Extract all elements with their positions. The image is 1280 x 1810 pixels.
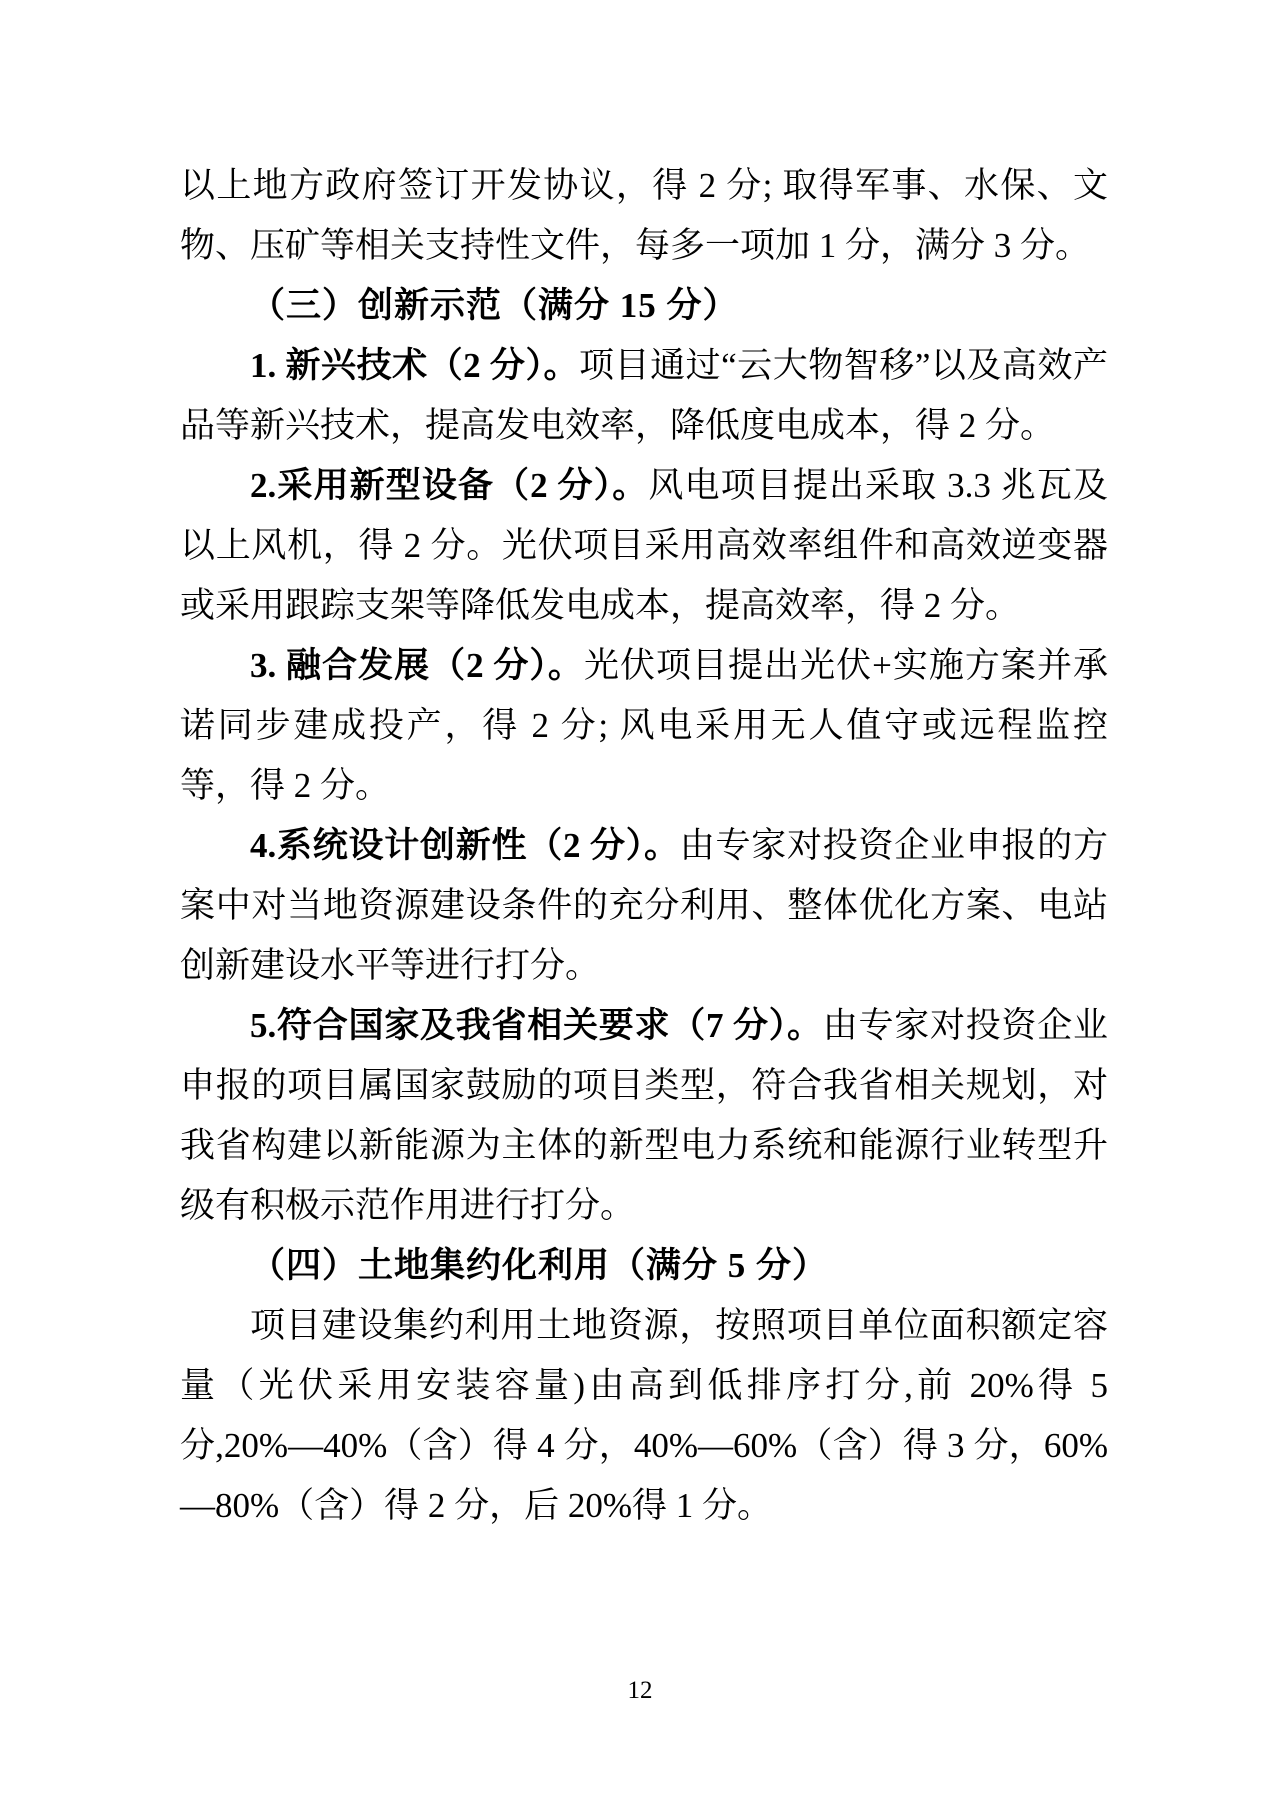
- paragraph-continuation: 以上地方政府签订开发协议，得 2 分; 取得军事、水保、文物、压矿等相关支持性文…: [180, 156, 1108, 276]
- page-number: 12: [0, 1676, 1280, 1706]
- page-content: 以上地方政府签订开发协议，得 2 分; 取得军事、水保、文物、压矿等相关支持性文…: [180, 156, 1108, 1536]
- item-lead-label: 3. 融合发展（2 分）。: [250, 646, 584, 685]
- paragraph-text: 项目建设集约利用土地资源，按照项目单位面积额定容量（光伏采用安装容量)由高到低排…: [180, 1306, 1108, 1525]
- section-heading-text: （三）创新示范（满分 15 分）: [250, 286, 739, 325]
- item-lead-label: 5.符合国家及我省相关要求（7 分）。: [250, 1006, 823, 1045]
- paragraph-item-1-new-tech: 1. 新兴技术（2 分）。项目通过“云大物智移”以及高效产品等新兴技术，提高发电…: [180, 336, 1108, 456]
- paragraph-item-2-new-equipment: 2.采用新型设备（2 分）。风电项目提出采取 3.3 兆瓦及以上风机，得 2 分…: [180, 456, 1108, 636]
- paragraph-land-use: 项目建设集约利用土地资源，按照项目单位面积额定容量（光伏采用安装容量)由高到低排…: [180, 1296, 1108, 1536]
- section-heading-text: （四）土地集约化利用（满分 5 分）: [250, 1246, 828, 1285]
- section-heading-land-use: （四）土地集约化利用（满分 5 分）: [180, 1236, 1108, 1296]
- section-heading-innovation: （三）创新示范（满分 15 分）: [180, 276, 1108, 336]
- paragraph-item-5-national-requirements: 5.符合国家及我省相关要求（7 分）。由专家对投资企业申报的项目属国家鼓励的项目…: [180, 996, 1108, 1236]
- item-lead-label: 2.采用新型设备（2 分）。: [250, 466, 648, 505]
- item-lead-label: 4.系统设计创新性（2 分）。: [250, 826, 680, 865]
- document-page: 以上地方政府签订开发协议，得 2 分; 取得军事、水保、文物、压矿等相关支持性文…: [0, 0, 1280, 1810]
- paragraph-item-4-system-design: 4.系统设计创新性（2 分）。由专家对投资企业申报的方案中对当地资源建设条件的充…: [180, 816, 1108, 996]
- paragraph-item-3-integrated-development: 3. 融合发展（2 分）。光伏项目提出光伏+实施方案并承诺同步建成投产，得 2 …: [180, 636, 1108, 816]
- paragraph-text: 以上地方政府签订开发协议，得 2 分; 取得军事、水保、文物、压矿等相关支持性文…: [180, 166, 1108, 265]
- item-lead-label: 1. 新兴技术（2 分）。: [250, 346, 579, 385]
